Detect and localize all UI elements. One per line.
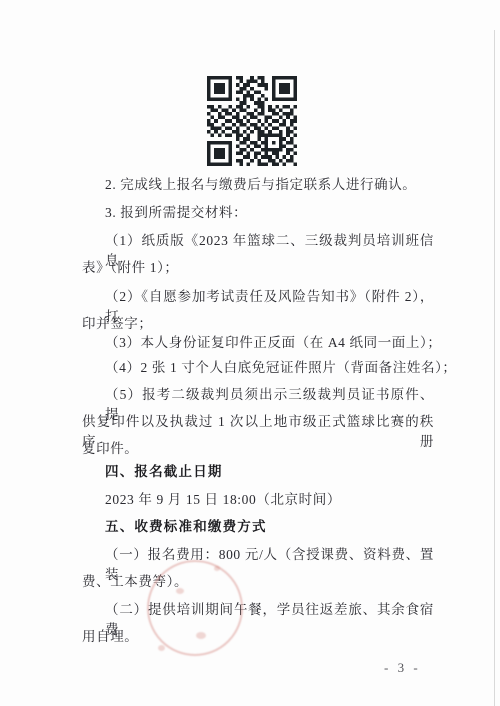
sub-item-1-line-1: （1）纸质版《2023 年篮球二、三级裁判员培训班信息	[82, 231, 434, 251]
fee-item-1-line-1: （一）报名费用：800 元/人（含授课费、资料费、置装	[82, 545, 434, 565]
page-edge-shadow	[494, 30, 495, 706]
sub-item-5-line-2: 供复印件以及执裁过 1 次以上地市级正式篮球比赛的秩序册	[82, 412, 434, 432]
list-item-2: 2. 完成线上报名与缴费后与指定联系人进行确认。	[82, 175, 434, 195]
sub-item-2-line-2: 印并签字；	[82, 314, 434, 334]
scanned-document-page: 2. 完成线上报名与缴费后与指定联系人进行确认。 3. 报到所需提交材料： （1…	[0, 0, 500, 706]
sub-item-5-line-3: 复印件。	[82, 439, 434, 459]
deadline-date: 2023 年 9 月 15 日 18:00（北京时间）	[82, 490, 434, 510]
fee-item-1-line-2: 费、工本费等）。	[82, 572, 434, 592]
sub-item-4: （4）2 张 1 寸个人白底免冠证件照片（背面备注姓名）；	[82, 358, 434, 378]
sub-item-5-line-1: （5）报考二级裁判员须出示三级裁判员证书原件、提	[82, 385, 434, 405]
qr-code	[207, 76, 297, 166]
page-number: - 3 -	[384, 660, 421, 676]
section-heading-5: 五、收费标准和缴费方式	[82, 517, 434, 537]
sub-item-3: （3）本人身份证复印件正反面（在 A4 纸同一面上）；	[82, 333, 434, 353]
sub-item-2-line-1: （2）《自愿参加考试责任及风险告知书》（附件 2），打	[82, 287, 434, 307]
list-item-3: 3. 报到所需提交材料：	[82, 203, 434, 223]
seal-ink-speckle	[214, 566, 220, 571]
sub-item-1-line-2: 表》（附件 1）；	[82, 258, 434, 278]
fee-item-2-line-2: 用自理。	[82, 627, 434, 647]
section-heading-4: 四、报名截止日期	[82, 462, 434, 482]
fee-item-2-line-1: （二）提供培训期间午餐，学员往返差旅、其余食宿费	[82, 600, 434, 620]
